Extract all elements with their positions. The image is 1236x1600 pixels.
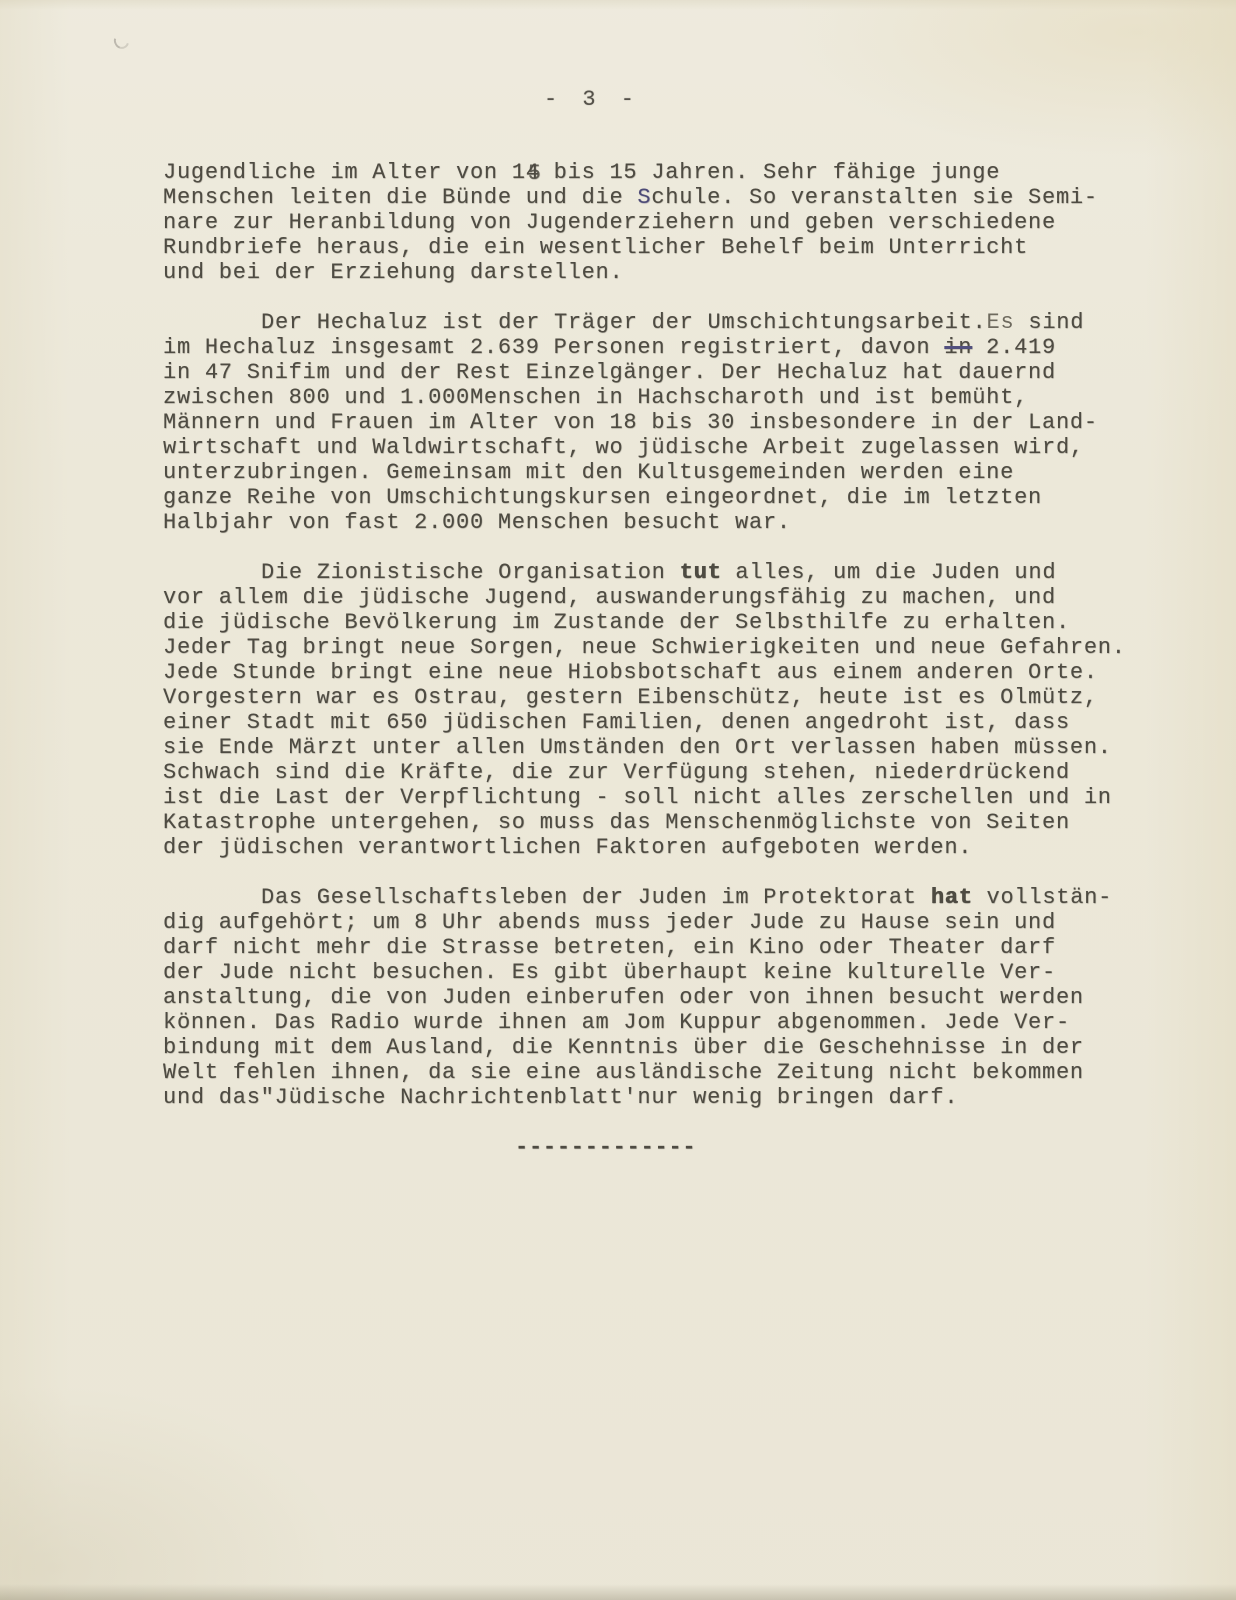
document-page: - 3 - Jugendliche im Alter von 145 bis 1…: [0, 0, 1236, 1600]
text-segment-bold: hat: [931, 885, 973, 910]
text-segment: sie Ende Märzt unter allen Umständen den…: [163, 735, 1112, 760]
text-segment: die jüdische Bevölkerung im Zustande der…: [163, 610, 1070, 635]
paragraph: Das Gesellschaftsleben der Juden im Prot…: [163, 885, 1200, 1110]
text-segment-bold: tut: [680, 560, 722, 585]
text-segment: Jede Stunde bringt eine neue Hiobsbotsch…: [163, 660, 1098, 685]
text-segment: und bei der Erziehung darstellen.: [163, 260, 623, 285]
text-line: dig aufgehört; um 8 Uhr abends muss jede…: [163, 910, 1200, 935]
text-segment: 2.419: [972, 335, 1056, 360]
text-segment: bis 15 Jahren. Sehr fähige junge: [540, 160, 1000, 185]
text-segment: Halbjahr von fast 2.000 Menschen besucht…: [163, 510, 791, 535]
text-line: in 47 Snifim und der Rest Einzelgänger. …: [163, 360, 1200, 385]
text-line: im Hechaluz insgesamt 2.639 Personen reg…: [163, 335, 1200, 360]
text-line: nare zur Heranbildung von Jugenderzieher…: [163, 210, 1200, 235]
paragraph: Jugendliche im Alter von 145 bis 15 Jahr…: [163, 160, 1200, 285]
text-line: Rundbriefe heraus, die ein wesentlicher …: [163, 235, 1200, 260]
text-segment: Der Hechaluz ist der Träger der Umschich…: [261, 310, 987, 335]
pencil-mark: [111, 30, 132, 51]
document-body: Jugendliche im Alter von 145 bis 15 Jahr…: [0, 160, 1236, 1110]
text-segment: bindung mit dem Ausland, die Kenntnis üb…: [163, 1035, 1084, 1060]
text-line: zwischen 800 und 1.000Menschen in Hachsc…: [163, 385, 1200, 410]
text-segment: vor allem die jüdische Jugend, auswander…: [163, 585, 1056, 610]
text-segment: Welt fehlen ihnen, da sie eine ausländis…: [163, 1060, 1084, 1085]
text-segment: unterzubringen. Gemeinsam mit den Kultus…: [163, 460, 1014, 485]
text-line: darf nicht mehr die Strasse betreten, ei…: [163, 935, 1200, 960]
text-line: anstaltung, die von Juden einberufen ode…: [163, 985, 1200, 1010]
text-line: Vorgestern war es Ostrau, gestern Eibens…: [163, 685, 1200, 710]
text-line: Jugendliche im Alter von 145 bis 15 Jahr…: [163, 160, 1200, 185]
text-segment: sind: [1014, 310, 1084, 335]
text-segment: ganze Reihe von Umschichtungskursen eing…: [163, 485, 1042, 510]
text-line: wirtschaft und Waldwirtschaft, wo jüdisc…: [163, 435, 1200, 460]
text-segment: Die Zionistische Organisation: [261, 560, 680, 585]
text-segment: Katastrophe untergehen, so muss das Mens…: [163, 810, 1070, 835]
paragraph: Die Zionistische Organisation tut alles,…: [163, 560, 1200, 860]
text-segment: ist die Last der Verpflichtung - soll ni…: [163, 785, 1112, 810]
text-segment-strike: in: [944, 335, 972, 360]
text-segment: der Jude nicht besuchen. Es gibt überhau…: [163, 960, 1056, 985]
text-line: vor allem die jüdische Jugend, auswander…: [163, 585, 1200, 610]
text-line: sie Ende Märzt unter allen Umständen den…: [163, 735, 1200, 760]
text-segment: Jugendliche im Alter von 1: [163, 160, 526, 185]
text-segment-light: Es: [987, 310, 1015, 335]
text-segment: zwischen 800 und 1.000Menschen in Hachsc…: [163, 385, 1028, 410]
text-segment: Männern und Frauen im Alter von 18 bis 3…: [163, 410, 1098, 435]
text-line: Schwach sind die Kräfte, die zur Verfügu…: [163, 760, 1200, 785]
text-segment: dig aufgehört; um 8 Uhr abends muss jede…: [163, 910, 1056, 935]
text-segment: Schwach sind die Kräfte, die zur Verfügu…: [163, 760, 1070, 785]
text-segment: in 47 Snifim und der Rest Einzelgänger. …: [163, 360, 1056, 385]
text-segment: vollstän-: [973, 885, 1113, 910]
text-line: Jeder Tag bringt neue Sorgen, neue Schwi…: [163, 635, 1200, 660]
text-line: und das"Jüdische Nachrichtenblatt'nur we…: [163, 1085, 1200, 1110]
text-line: Der Hechaluz ist der Träger der Umschich…: [163, 310, 1200, 335]
text-line: Menschen leiten die Bünde und die Schule…: [163, 185, 1200, 210]
text-line: Welt fehlen ihnen, da sie eine ausländis…: [163, 1060, 1200, 1085]
text-segment: 45: [526, 160, 540, 185]
text-segment: darf nicht mehr die Strasse betreten, ei…: [163, 935, 1056, 960]
text-segment: Das Gesellschaftsleben der Juden im Prot…: [261, 885, 931, 910]
text-segment: Vorgestern war es Ostrau, gestern Eibens…: [163, 685, 1098, 710]
text-line: ist die Last der Verpflichtung - soll ni…: [163, 785, 1200, 810]
text-segment: und das"Jüdische Nachrichtenblatt'nur we…: [163, 1085, 958, 1110]
overtyped-character: 5: [528, 161, 542, 186]
text-line: ganze Reihe von Umschichtungskursen eing…: [163, 485, 1200, 510]
page-number: - 3 -: [0, 87, 1210, 112]
text-line: können. Das Radio wurde ihnen am Jom Kup…: [163, 1010, 1200, 1035]
text-segment: Rundbriefe heraus, die ein wesentlicher …: [163, 235, 1028, 260]
text-line: bindung mit dem Ausland, die Kenntnis üb…: [163, 1035, 1200, 1060]
text-line: Die Zionistische Organisation tut alles,…: [163, 560, 1200, 585]
separator-dashes: -------------: [0, 1135, 1236, 1160]
text-line: unterzubringen. Gemeinsam mit den Kultus…: [163, 460, 1200, 485]
text-line: Männern und Frauen im Alter von 18 bis 3…: [163, 410, 1200, 435]
text-segment: wirtschaft und Waldwirtschaft, wo jüdisc…: [163, 435, 1084, 460]
text-line: die jüdische Bevölkerung im Zustande der…: [163, 610, 1200, 635]
text-line: Katastrophe untergehen, so muss das Mens…: [163, 810, 1200, 835]
paragraph: Der Hechaluz ist der Träger der Umschich…: [163, 310, 1200, 535]
text-segment: alles, um die Juden und: [721, 560, 1056, 585]
text-segment: einer Stadt mit 650 jüdischen Familien, …: [163, 710, 1070, 735]
text-line: Das Gesellschaftsleben der Juden im Prot…: [163, 885, 1200, 910]
text-segment: können. Das Radio wurde ihnen am Jom Kup…: [163, 1010, 1070, 1035]
text-line: Jede Stunde bringt eine neue Hiobsbotsch…: [163, 660, 1200, 685]
text-segment: Jeder Tag bringt neue Sorgen, neue Schwi…: [163, 635, 1126, 660]
text-line: der jüdischen verantwortlichen Faktoren …: [163, 835, 1200, 860]
text-segment: nare zur Heranbildung von Jugenderzieher…: [163, 210, 1056, 235]
text-segment: anstaltung, die von Juden einberufen ode…: [163, 985, 1084, 1010]
text-segment: im Hechaluz insgesamt 2.639 Personen reg…: [163, 335, 944, 360]
text-line: der Jude nicht besuchen. Es gibt überhau…: [163, 960, 1200, 985]
text-segment: Menschen leiten die Bünde und die: [163, 185, 637, 210]
text-line: und bei der Erziehung darstellen.: [163, 260, 1200, 285]
text-segment: der jüdischen verantwortlichen Faktoren …: [163, 835, 972, 860]
text-segment-ink-blue: S: [637, 185, 651, 210]
text-line: Halbjahr von fast 2.000 Menschen besucht…: [163, 510, 1200, 535]
text-segment: chule. So veranstalten sie Semi-: [651, 185, 1097, 210]
text-line: einer Stadt mit 650 jüdischen Familien, …: [163, 710, 1200, 735]
